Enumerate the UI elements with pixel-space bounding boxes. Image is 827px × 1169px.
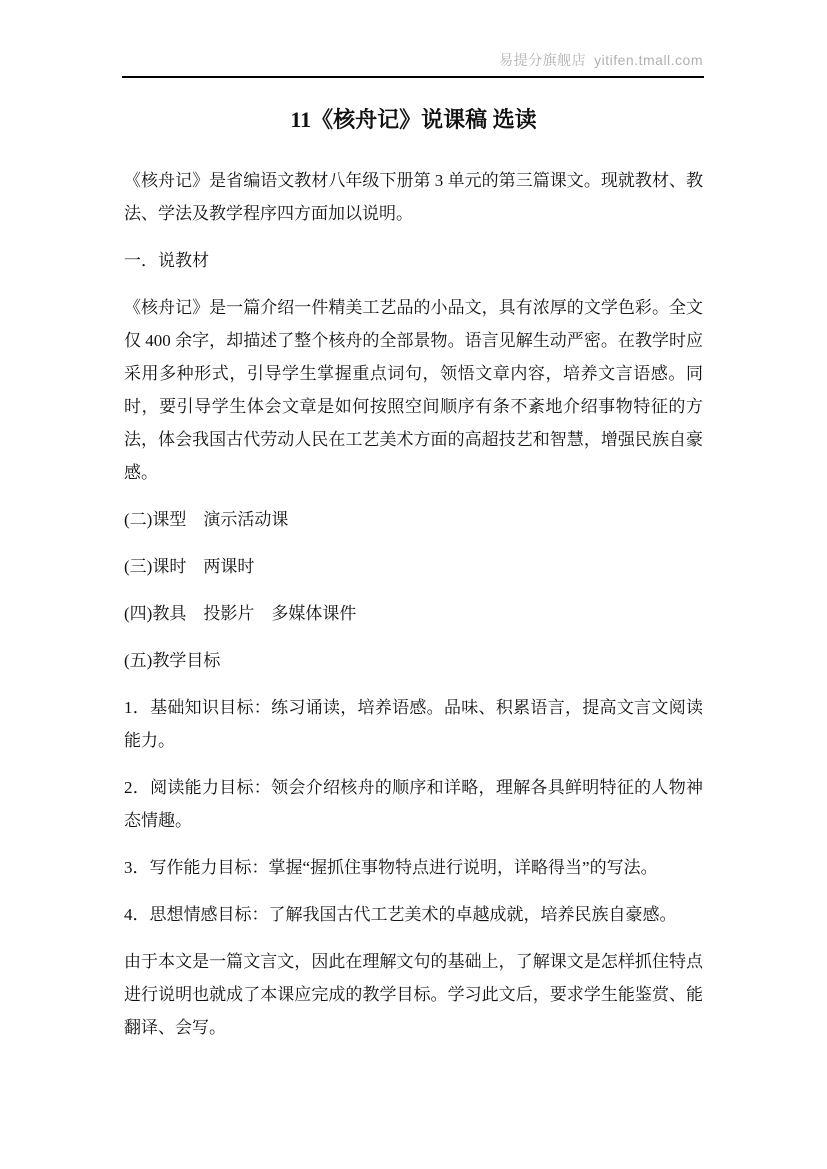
teaching-aids-line: (四)教具 投影片 多媒体课件 (124, 597, 703, 630)
teaching-goals-heading: (五)教学目标 (124, 644, 703, 677)
section-heading-teaching-material: 一．说教材 (124, 244, 703, 277)
intro-paragraph: 《核舟记》是省编语文教材八年级下册第 3 单元的第三篇课文。现就教材、教法、学法… (124, 164, 703, 230)
document-content: 11《核舟记》说课稿 选读 《核舟记》是省编语文教材八年级下册第 3 单元的第三… (124, 102, 703, 1044)
goal-4-emotional: 4．思想情感目标：了解我国古代工艺美术的卓越成就，培养民族自豪感。 (124, 898, 703, 931)
document-page: 易提分旗舰店yitifen.tmall.com 11《核舟记》说课稿 选读 《核… (0, 0, 827, 1169)
closing-paragraph: 由于本文是一篇文言文，因此在理解文句的基础上，了解课文是怎样抓住特点进行说明也就… (124, 945, 703, 1044)
header-divider-rule (122, 76, 704, 78)
course-type-line: (二)课型 演示活动课 (124, 503, 703, 536)
goal-3-writing-ability: 3．写作能力目标：掌握“握抓住事物特点进行说明，详略得当”的写法。 (124, 851, 703, 884)
goal-2-reading-ability: 2．阅读能力目标：领会介绍核舟的顺序和详略，理解各具鲜明特征的人物神态情趣。 (124, 771, 703, 837)
store-watermark: 易提分旗舰店yitifen.tmall.com (499, 50, 703, 70)
store-name-text: 易提分旗舰店 (499, 52, 586, 68)
goal-1-basic-knowledge: 1．基础知识目标：练习诵读，培养语感。品味、积累语言，提高文言文阅读能力。 (124, 691, 703, 757)
textbook-analysis-paragraph: 《核舟记》是一篇介绍一件精美工艺品的小品文，具有浓厚的文学色彩。全文仅 400 … (124, 291, 703, 489)
document-title: 11《核舟记》说课稿 选读 (124, 102, 703, 138)
class-hours-line: (三)课时 两课时 (124, 550, 703, 583)
store-domain-text: yitifen.tmall.com (594, 52, 703, 68)
